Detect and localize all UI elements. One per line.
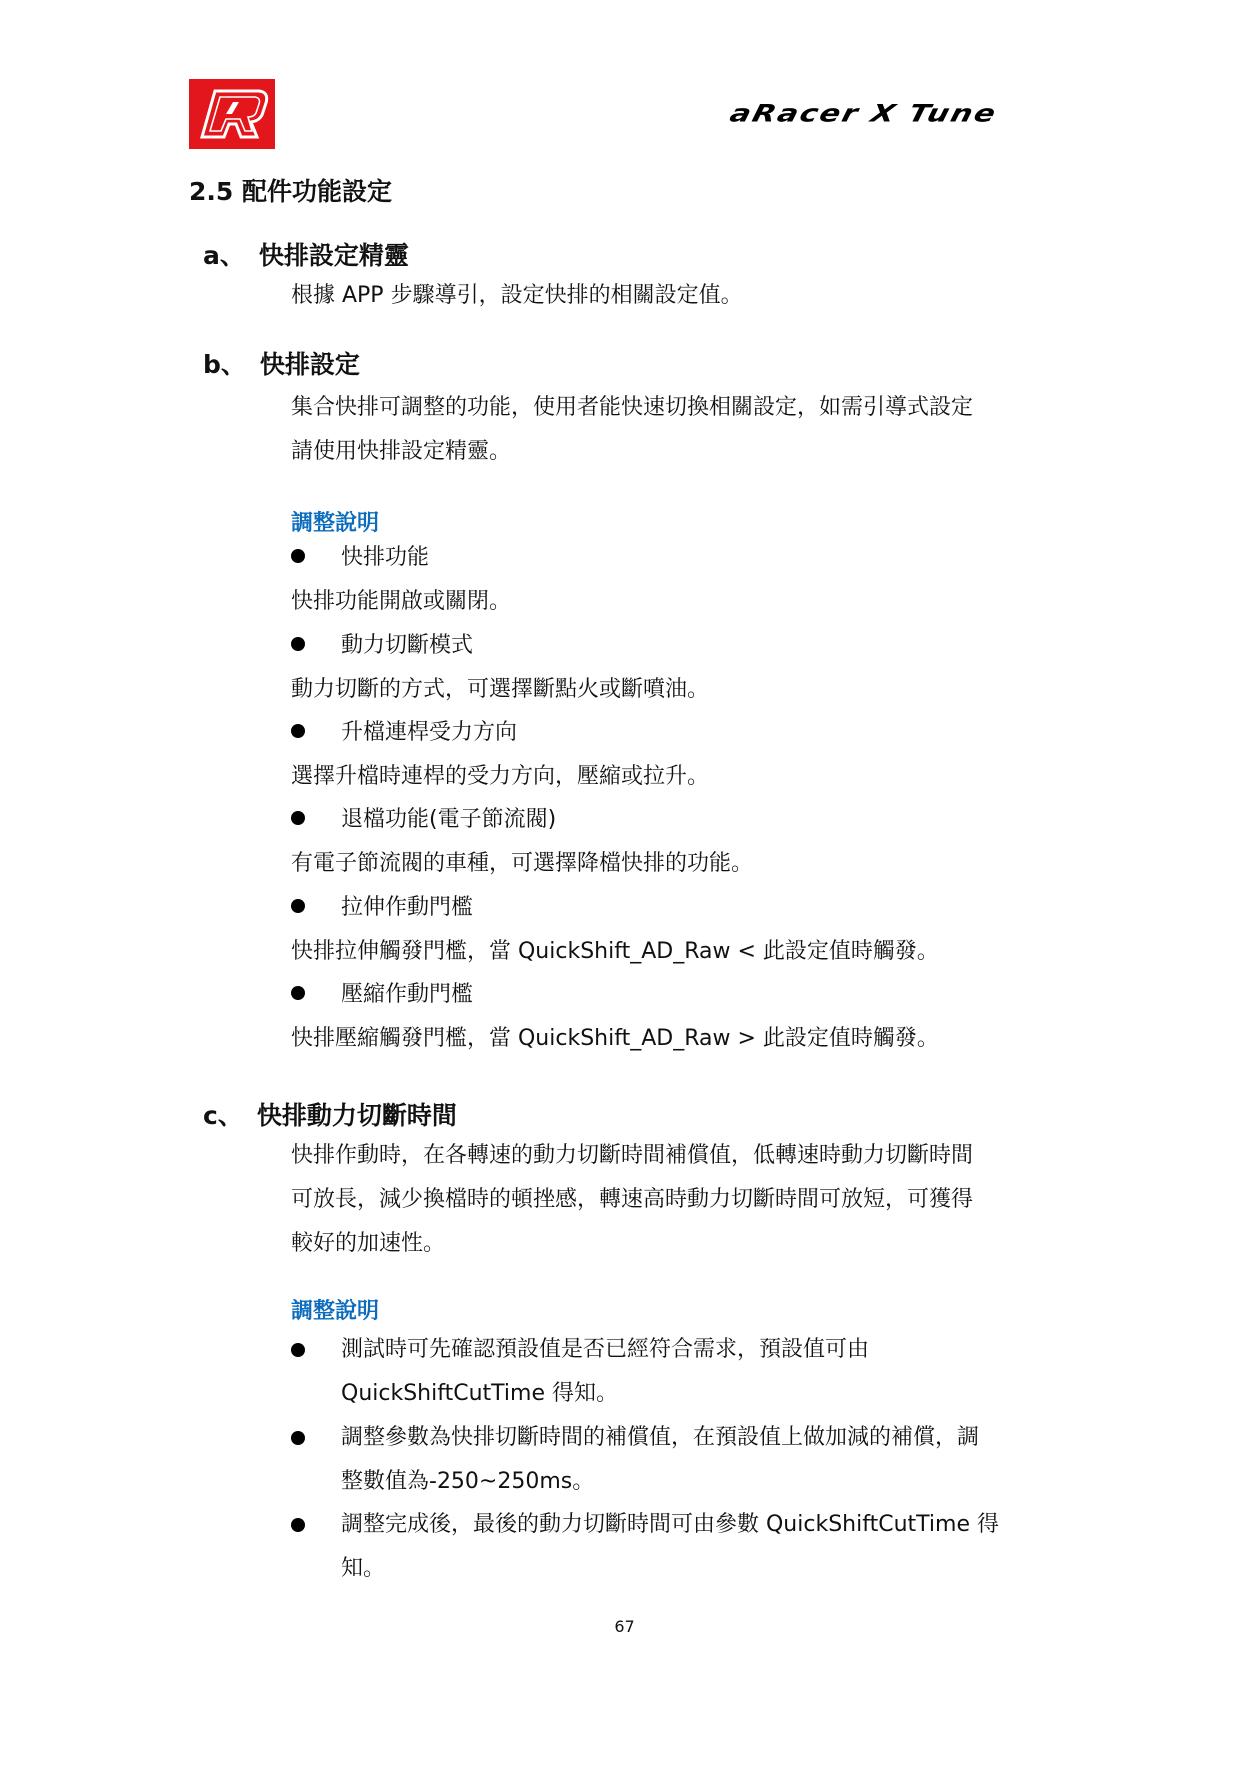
paragraph-b-line-2: 請使用快排設定精靈。 [291, 430, 1061, 474]
feature-description: 選擇升檔時連桿的受力方向，壓縮或拉升。 [291, 755, 1061, 799]
feature-description: 快排功能開啟或關閉。 [291, 580, 1061, 624]
subheading-title: 快排設定精靈 [259, 241, 409, 270]
subheading-c: c、快排動力切斷時間 [203, 1096, 457, 1132]
feature-name: 升檔連桿受力方向 [341, 720, 517, 745]
paragraph-c-line-1: 快排作動時，在各轉速的動力切斷時間補償值，低轉速時動力切斷時間 [291, 1134, 1061, 1178]
brand-wordmark: aRacer X Tune [726, 100, 1064, 132]
feature-item: 升檔連桿受力方向 [291, 711, 517, 755]
bullet-icon [291, 899, 305, 913]
note-bullet: 調整完成後，最後的動力切斷時間可由參數 QuickShiftCutTime 得 … [291, 1503, 1061, 1591]
feature-item: 拉伸作動門檻 [291, 886, 473, 930]
note-line: QuickShiftCutTime 得知。 [341, 1372, 1061, 1416]
bullet-icon [291, 549, 305, 563]
paragraph-a: 根據 APP 步驟導引，設定快排的相關設定值。 [291, 274, 1061, 318]
note-line: 測試時可先確認預設值是否已經符合需求，預設值可由 [341, 1328, 1061, 1372]
bullet-icon [291, 1518, 305, 1532]
feature-name: 動力切斷模式 [341, 633, 473, 658]
feature-name: 退檔功能(電子節流閥) [341, 807, 556, 832]
notes-label: 調整說明 [291, 506, 379, 537]
subheading-a: a、快排設定精靈 [203, 236, 409, 272]
feature-item: 退檔功能(電子節流閥) [291, 798, 556, 842]
feature-name: 拉伸作動門檻 [341, 895, 473, 920]
note-line: 知。 [341, 1547, 1061, 1591]
feature-name: 壓縮作動門檻 [341, 982, 473, 1007]
document-page: aRacer X Tune 2.5 配件功能設定 a、快排設定精靈 根據 APP… [0, 0, 1249, 1766]
notes-label: 調整說明 [291, 1294, 379, 1325]
feature-name: 快排功能 [341, 545, 429, 570]
subheading-marker: b、 [203, 350, 246, 379]
paragraph-c-line-2: 可放長，減少換檔時的頓挫感，轉速高時動力切斷時間可放短，可獲得 [291, 1178, 1061, 1222]
feature-description: 動力切斷的方式，可選擇斷點火或斷噴油。 [291, 668, 1061, 712]
bullet-icon [291, 811, 305, 825]
feature-item: 動力切斷模式 [291, 624, 473, 668]
subheading-marker: a、 [203, 241, 245, 270]
page-number: 67 [0, 1617, 1249, 1636]
feature-description: 快排壓縮觸發門檻，當 QuickShift_AD_Raw > 此設定值時觸發。 [291, 1017, 1061, 1061]
paragraph-b-line-1: 集合快排可調整的功能，使用者能快速切換相關設定，如需引導式設定 [291, 386, 1061, 430]
note-bullet: 測試時可先確認預設值是否已經符合需求，預設值可由 QuickShiftCutTi… [291, 1328, 1061, 1416]
feature-item: 壓縮作動門檻 [291, 973, 473, 1017]
aracer-r-logo-icon [189, 79, 275, 149]
subheading-title: 快排設定 [260, 350, 360, 379]
section-title: 2.5 配件功能設定 [189, 172, 392, 208]
subheading-b: b、快排設定 [203, 345, 360, 381]
paragraph-c-line-3: 較好的加速性。 [291, 1222, 1061, 1266]
bullet-icon [291, 637, 305, 651]
bullet-icon [291, 724, 305, 738]
note-line: 調整參數為快排切斷時間的補償值，在預設值上做加減的補償，調 [341, 1416, 1061, 1460]
note-bullet: 調整參數為快排切斷時間的補償值，在預設值上做加減的補償，調 整數值為-250~2… [291, 1416, 1061, 1504]
subheading-marker: c、 [203, 1101, 243, 1130]
feature-description: 快排拉伸觸發門檻，當 QuickShift_AD_Raw < 此設定值時觸發。 [291, 930, 1061, 974]
bullet-icon [291, 1431, 305, 1445]
note-line: 整數值為-250~250ms。 [341, 1460, 1061, 1504]
note-line: 調整完成後，最後的動力切斷時間可由參數 QuickShiftCutTime 得 [341, 1503, 1061, 1547]
feature-description: 有電子節流閥的車種，可選擇降檔快排的功能。 [291, 842, 1061, 886]
bullet-icon [291, 986, 305, 1000]
subheading-title: 快排動力切斷時間 [257, 1101, 457, 1130]
bullet-icon [291, 1343, 305, 1357]
feature-item: 快排功能 [291, 536, 429, 580]
